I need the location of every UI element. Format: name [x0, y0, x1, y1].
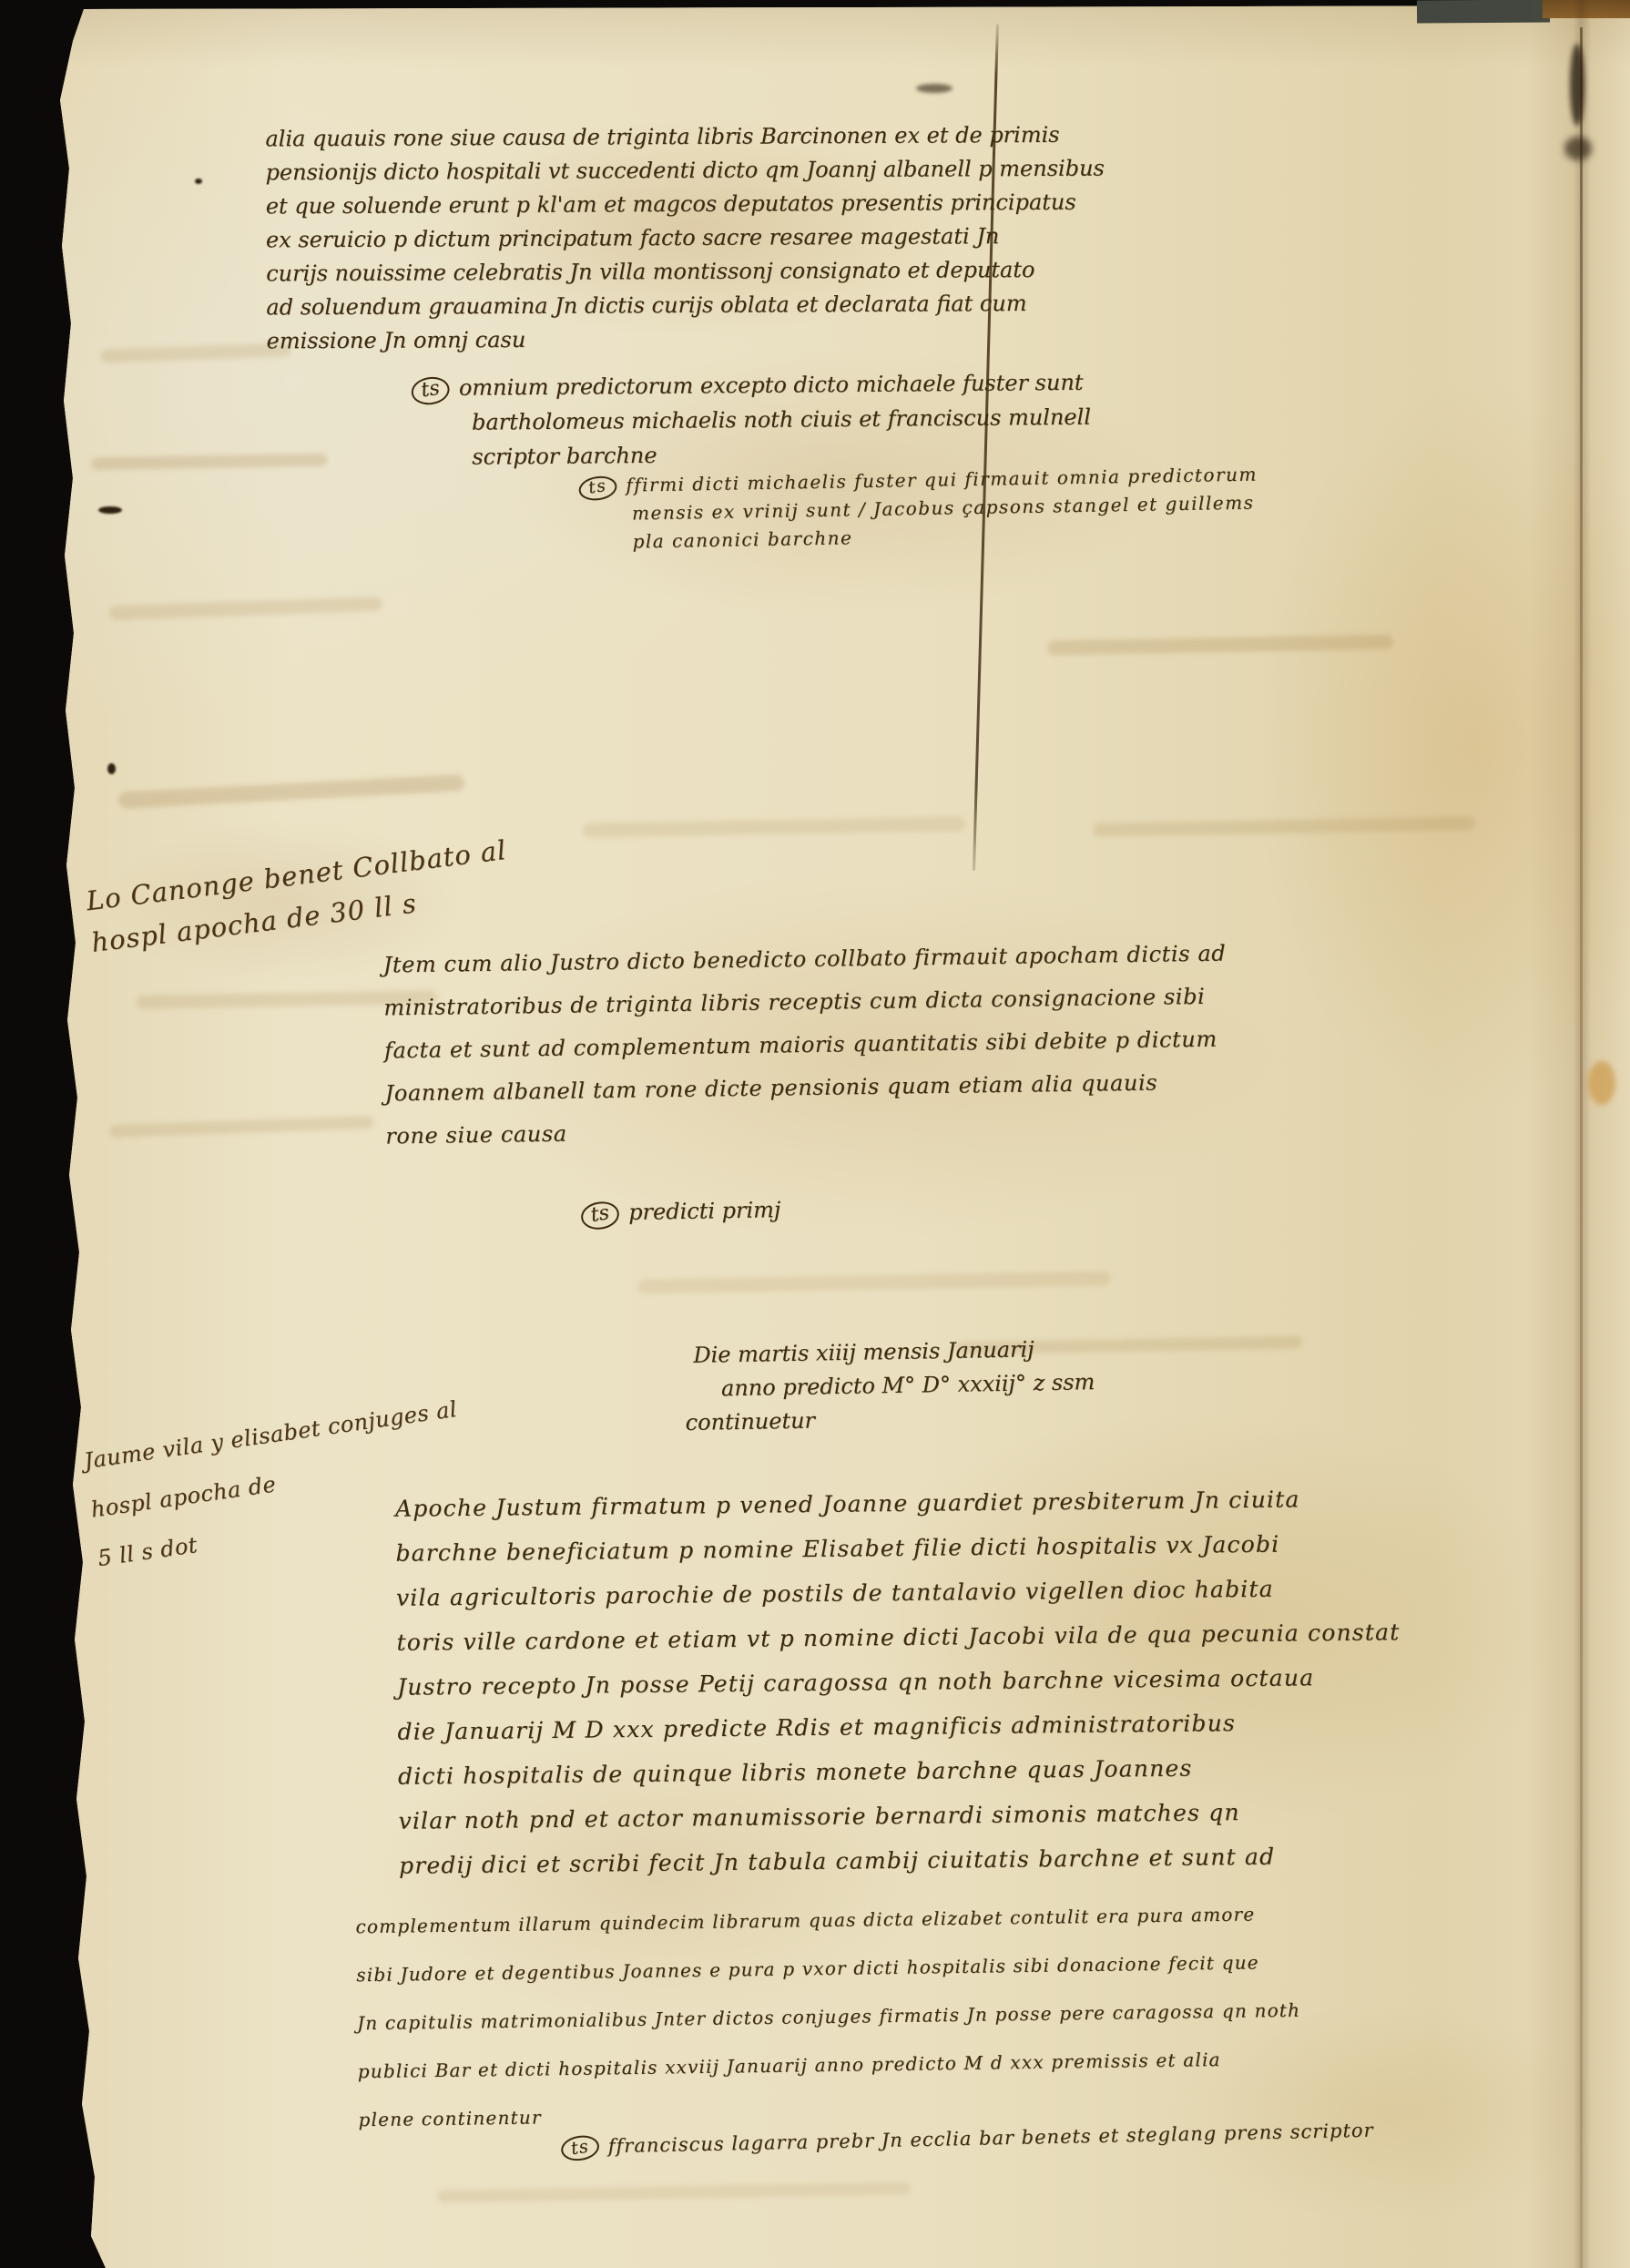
ink-spot	[107, 763, 116, 774]
testes-mark-icon: ts	[579, 1199, 621, 1232]
gutter-crease	[1580, 27, 1583, 2268]
testes-mark-icon: ts	[410, 374, 452, 407]
date-heading: Die martis xiiij mensis Januarij anno pr…	[693, 1332, 1095, 1440]
text-span: omnium predictorum excepto dicto michael…	[459, 370, 1084, 401]
text-line: bartholomeus michaelis noth ciuis et fra…	[472, 400, 1091, 440]
text-line: emissione Jn omnj casu	[266, 321, 1105, 359]
paragraph-item-collbato: Jtem cum alio Justro dicto benedicto col…	[382, 933, 1228, 1159]
text-line: continuetur	[685, 1399, 1095, 1440]
text-line: ad soluendum grauamina Jn dictis curijs …	[266, 287, 1105, 325]
text-line: et que soluende erunt p kl'am et magcos …	[266, 186, 1105, 224]
manuscript-photo: alia quauis rone siue causa de triginta …	[0, 0, 1630, 2268]
gutter-shading	[1528, 0, 1630, 2268]
text-line: curijs nouissime celebratis Jn villa mon…	[266, 253, 1105, 291]
ink-spot	[98, 506, 122, 514]
text-line: tspredicti primj	[581, 1197, 781, 1230]
text-line: tsomnium predictorum excepto dicto micha…	[412, 365, 1091, 406]
text-line: alia quauis rone siue causa de triginta …	[265, 118, 1104, 157]
testes-mark-icon: ts	[559, 2133, 600, 2164]
witness-clause-1: tsomnium predictorum excepto dicto micha…	[412, 365, 1092, 475]
fore-edge-stain	[1588, 1061, 1615, 1105]
gutter-ink-smudge	[1564, 137, 1592, 160]
paragraph-pension-clause: alia quauis rone siue causa de triginta …	[265, 118, 1105, 359]
witness-clause-2: tsffirmi dicti michaelis fuster qui firm…	[578, 461, 1258, 557]
text-line: anno predicto M° D° xxxiij° z ssm	[721, 1365, 1095, 1405]
paragraph-apocha-guardiet-continued: complementum illarum quindecim librarum …	[355, 1890, 1302, 2144]
text-line: ex seruicio p dictum principatum facto s…	[266, 220, 1105, 258]
text-line: pensionijs dicto hospitali vt succedenti…	[266, 152, 1105, 190]
ink-spot	[195, 179, 202, 184]
gutter-ink-smudge	[1570, 44, 1584, 126]
paragraph-apocha-guardiet: Apoche Justum firmatum p vened Joanne gu…	[395, 1476, 1403, 1888]
ink-spot	[916, 84, 953, 93]
text-span: predicti primj	[628, 1197, 781, 1225]
testes-mark-icon: ts	[577, 474, 618, 503]
witness-clause-3: tspredicti primj	[581, 1197, 781, 1230]
